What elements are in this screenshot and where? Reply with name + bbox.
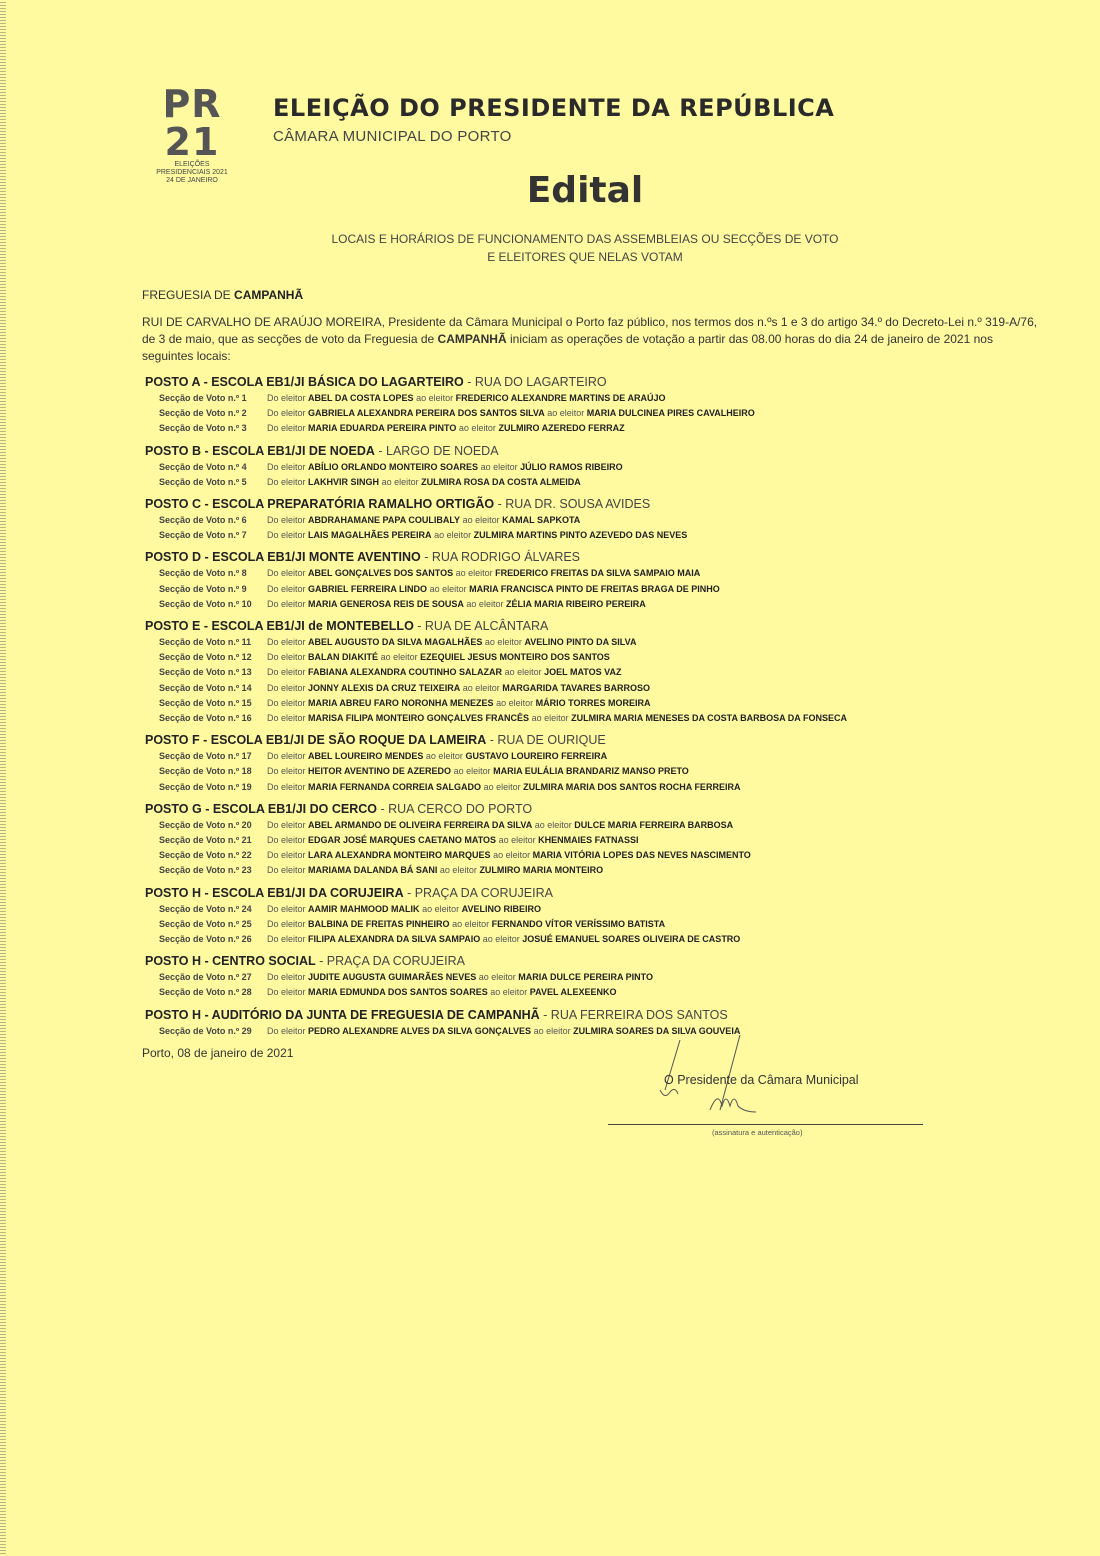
posto-address: - RUA DO LAGARTEIRO xyxy=(464,375,607,389)
to-label: ao eleitor xyxy=(382,477,419,487)
posto-name: POSTO H - CENTRO SOCIAL xyxy=(145,954,316,968)
from-label: Do eleitor xyxy=(267,530,306,540)
from-voter: JUDITE AUGUSTA GUIMARÃES NEVES xyxy=(308,972,476,982)
from-label: Do eleitor xyxy=(267,782,306,792)
seccao-row: Secção de Voto n.º 10Do eleitor MARIA GE… xyxy=(145,597,1045,612)
to-label: ao eleitor xyxy=(463,515,500,525)
from-label: Do eleitor xyxy=(267,919,306,929)
from-voter: ABDRAHAMANE PAPA COULIBALY xyxy=(308,515,460,525)
seccao-row: Secção de Voto n.º 4Do eleitor ABÍLIO OR… xyxy=(145,460,1045,475)
seccao-row: Secção de Voto n.º 17Do eleitor ABEL LOU… xyxy=(145,749,1045,764)
to-label: ao eleitor xyxy=(440,865,477,875)
to-voter: AVELINO PINTO DA SILVA xyxy=(524,637,636,647)
from-voter: ABEL GONÇALVES DOS SANTOS xyxy=(308,568,453,578)
seccao-label: Secção de Voto n.º 7 xyxy=(159,528,267,543)
seccao-row: Secção de Voto n.º 11Do eleitor ABEL AUG… xyxy=(145,635,1045,650)
to-voter: FERNANDO VÍTOR VERÍSSIMO BATISTA xyxy=(492,919,666,929)
seccao-label: Secção de Voto n.º 9 xyxy=(159,582,267,597)
from-label: Do eleitor xyxy=(267,393,306,403)
from-voter: BALAN DIAKITÉ xyxy=(308,652,378,662)
posto-block: POSTO E - ESCOLA EB1/JI de MONTEBELLO - … xyxy=(145,618,1045,726)
to-label: ao eleitor xyxy=(505,667,542,677)
to-voter: PAVEL ALEXEENKO xyxy=(530,987,617,997)
seccao-row: Secção de Voto n.º 1Do eleitor ABEL DA C… xyxy=(145,391,1045,406)
to-label: ao eleitor xyxy=(381,652,418,662)
seccao-label: Secção de Voto n.º 26 xyxy=(159,932,267,947)
freguesia-label: FREGUESIA DE CAMPANHÃ xyxy=(142,288,303,302)
seccao-row: Secção de Voto n.º 21Do eleitor EDGAR JO… xyxy=(145,833,1045,848)
seccao-row: Secção de Voto n.º 14Do eleitor JONNY AL… xyxy=(145,681,1045,696)
seccao-label: Secção de Voto n.º 19 xyxy=(159,780,267,795)
signatory-title: O Presidente da Câmara Municipal xyxy=(664,1073,859,1087)
posto-address: - PRAÇA DA CORUJEIRA xyxy=(316,954,465,968)
from-label: Do eleitor xyxy=(267,766,306,776)
signature-line xyxy=(608,1124,923,1125)
to-label: ao eleitor xyxy=(481,462,518,472)
seccao-row: Secção de Voto n.º 22Do eleitor LARA ALE… xyxy=(145,848,1045,863)
to-label: ao eleitor xyxy=(496,698,533,708)
from-voter: ABEL LOUREIRO MENDES xyxy=(308,751,423,761)
from-voter: ABEL AUGUSTO DA SILVA MAGALHÃES xyxy=(308,637,482,647)
from-label: Do eleitor xyxy=(267,835,306,845)
from-voter: GABRIELA ALEXANDRA PEREIRA DOS SANTOS SI… xyxy=(308,408,545,418)
to-voter: ZULMIRA MARIA DOS SANTOS ROCHA FERREIRA xyxy=(523,782,740,792)
posto-address: - LARGO DE NOEDA xyxy=(375,444,499,458)
from-label: Do eleitor xyxy=(267,599,306,609)
seccao-row: Secção de Voto n.º 9Do eleitor GABRIEL F… xyxy=(145,582,1045,597)
from-label: Do eleitor xyxy=(267,462,306,472)
freguesia-prefix: FREGUESIA DE xyxy=(142,288,234,302)
posto-name: POSTO B - ESCOLA EB1/JI DE NOEDA xyxy=(145,444,375,458)
posto-block: POSTO H - CENTRO SOCIAL - PRAÇA DA CORUJ… xyxy=(145,953,1045,1000)
posto-block: POSTO F - ESCOLA EB1/JI DE SÃO ROQUE DA … xyxy=(145,732,1045,795)
from-voter: GABRIEL FERREIRA LINDO xyxy=(308,584,427,594)
seccao-label: Secção de Voto n.º 23 xyxy=(159,863,267,878)
to-voter: ZULMIRA MARIA MENESES DA COSTA BARBOSA D… xyxy=(571,713,847,723)
to-label: ao eleitor xyxy=(499,835,536,845)
seccao-row: Secção de Voto n.º 7Do eleitor LAIS MAGA… xyxy=(145,528,1045,543)
to-label: ao eleitor xyxy=(422,904,459,914)
posto-block: POSTO H - ESCOLA EB1/JI DA CORUJEIRA - P… xyxy=(145,885,1045,948)
to-label: ao eleitor xyxy=(459,423,496,433)
seccao-label: Secção de Voto n.º 18 xyxy=(159,764,267,779)
from-label: Do eleitor xyxy=(267,698,306,708)
posto-address: - RUA DE OURIQUE xyxy=(486,733,605,747)
to-voter: JÚLIO RAMOS RIBEIRO xyxy=(520,462,623,472)
seccao-label: Secção de Voto n.º 1 xyxy=(159,391,267,406)
seccao-row: Secção de Voto n.º 28Do eleitor MARIA ED… xyxy=(145,985,1045,1000)
to-voter: ZULMIRO AZEREDO FERRAZ xyxy=(498,423,624,433)
postos-list: POSTO A - ESCOLA EB1/JI BÁSICA DO LAGART… xyxy=(145,374,1045,1045)
seccao-row: Secção de Voto n.º 24Do eleitor AAMIR MA… xyxy=(145,902,1045,917)
to-label: ao eleitor xyxy=(466,599,503,609)
posto-title: POSTO H - ESCOLA EB1/JI DA CORUJEIRA - P… xyxy=(145,885,1045,902)
from-label: Do eleitor xyxy=(267,987,306,997)
posto-name: POSTO D - ESCOLA EB1/JI MONTE AVENTINO xyxy=(145,550,421,564)
from-voter: MARIA GENEROSA REIS DE SOUSA xyxy=(308,599,464,609)
seccao-label: Secção de Voto n.º 5 xyxy=(159,475,267,490)
posto-block: POSTO C - ESCOLA PREPARATÓRIA RAMALHO OR… xyxy=(145,496,1045,543)
posto-address: - RUA DE ALCÂNTARA xyxy=(414,619,549,633)
to-voter: ZÉLIA MARIA RIBEIRO PEREIRA xyxy=(506,599,646,609)
seccao-label: Secção de Voto n.º 22 xyxy=(159,848,267,863)
from-label: Do eleitor xyxy=(267,904,306,914)
from-label: Do eleitor xyxy=(267,820,306,830)
seccao-label: Secção de Voto n.º 15 xyxy=(159,696,267,711)
posto-title: POSTO G - ESCOLA EB1/JI DO CERCO - RUA C… xyxy=(145,801,1045,818)
seccao-label: Secção de Voto n.º 24 xyxy=(159,902,267,917)
page-title: Edital xyxy=(0,170,1100,211)
posto-title: POSTO A - ESCOLA EB1/JI BÁSICA DO LAGART… xyxy=(145,374,1045,391)
from-label: Do eleitor xyxy=(267,408,306,418)
to-voter: JOSUÉ EMANUEL SOARES OLIVEIRA DE CASTRO xyxy=(522,934,740,944)
intro-paragraph: RUI DE CARVALHO DE ARAÚJO MOREIRA, Presi… xyxy=(142,314,1042,365)
posto-block: POSTO G - ESCOLA EB1/JI DO CERCO - RUA C… xyxy=(145,801,1045,879)
posto-name: POSTO C - ESCOLA PREPARATÓRIA RAMALHO OR… xyxy=(145,497,494,511)
seccao-label: Secção de Voto n.º 10 xyxy=(159,597,267,612)
document-date: Porto, 08 de janeiro de 2021 xyxy=(142,1046,293,1060)
document-header-subtitle: CÂMARA MUNICIPAL DO PORTO xyxy=(273,128,512,145)
to-voter: DULCE MARIA FERREIRA BARBOSA xyxy=(574,820,733,830)
to-label: ao eleitor xyxy=(485,637,522,647)
logo-text: PR 21 xyxy=(137,85,247,161)
from-voter: JONNY ALEXIS DA CRUZ TEIXEIRA xyxy=(308,683,460,693)
to-label: ao eleitor xyxy=(493,850,530,860)
seccao-row: Secção de Voto n.º 2Do eleitor GABRIELA … xyxy=(145,406,1045,421)
posto-address: - RUA RODRIGO ÁLVARES xyxy=(421,550,580,564)
to-voter: MÁRIO TORRES MOREIRA xyxy=(536,698,651,708)
posto-address: - RUA FERREIRA DOS SANTOS xyxy=(540,1008,728,1022)
from-voter: ABÍLIO ORLANDO MONTEIRO SOARES xyxy=(308,462,478,472)
seccao-row: Secção de Voto n.º 29Do eleitor PEDRO AL… xyxy=(145,1024,1045,1039)
to-voter: EZEQUIEL JESUS MONTEIRO DOS SANTOS xyxy=(420,652,610,662)
from-voter: AAMIR MAHMOOD MALIK xyxy=(308,904,420,914)
seccao-label: Secção de Voto n.º 25 xyxy=(159,917,267,932)
from-label: Do eleitor xyxy=(267,683,306,693)
seccao-label: Secção de Voto n.º 11 xyxy=(159,635,267,650)
posto-name: POSTO E - ESCOLA EB1/JI de MONTEBELLO xyxy=(145,619,414,633)
from-voter: MARIA ABREU FARO NORONHA MENEZES xyxy=(308,698,494,708)
to-label: ao eleitor xyxy=(484,782,521,792)
posto-title: POSTO D - ESCOLA EB1/JI MONTE AVENTINO -… xyxy=(145,549,1045,566)
posto-block: POSTO D - ESCOLA EB1/JI MONTE AVENTINO -… xyxy=(145,549,1045,612)
signature-caption: (assinatura e autenticação) xyxy=(712,1128,802,1137)
posto-name: POSTO F - ESCOLA EB1/JI DE SÃO ROQUE DA … xyxy=(145,733,486,747)
to-voter: KAMAL SAPKOTA xyxy=(502,515,580,525)
from-label: Do eleitor xyxy=(267,850,306,860)
from-voter: MARIAMA DALANDA BÁ SANI xyxy=(308,865,437,875)
seccao-label: Secção de Voto n.º 6 xyxy=(159,513,267,528)
from-voter: MARISA FILIPA MONTEIRO GONÇALVES FRANCÊS xyxy=(308,713,529,723)
seccao-label: Secção de Voto n.º 17 xyxy=(159,749,267,764)
to-voter: GUSTAVO LOUREIRO FERREIRA xyxy=(465,751,607,761)
seccao-label: Secção de Voto n.º 13 xyxy=(159,665,267,680)
posto-address: - RUA DR. SOUSA AVIDES xyxy=(494,497,650,511)
seccao-row: Secção de Voto n.º 8Do eleitor ABEL GONÇ… xyxy=(145,566,1045,581)
seccao-label: Secção de Voto n.º 3 xyxy=(159,421,267,436)
document-header-title: ELEIÇÃO DO PRESIDENTE DA REPÚBLICA xyxy=(273,94,834,122)
to-voter: ZULMIRO MARIA MONTEIRO xyxy=(479,865,603,875)
seccao-row: Secção de Voto n.º 23Do eleitor MARIAMA … xyxy=(145,863,1045,878)
from-label: Do eleitor xyxy=(267,423,306,433)
from-label: Do eleitor xyxy=(267,584,306,594)
from-label: Do eleitor xyxy=(267,637,306,647)
heading-line1: LOCAIS E HORÁRIOS DE FUNCIONAMENTO DAS A… xyxy=(0,230,1100,248)
posto-address: - PRAÇA DA CORUJEIRA xyxy=(404,886,553,900)
posto-title: POSTO C - ESCOLA PREPARATÓRIA RAMALHO OR… xyxy=(145,496,1045,513)
seccao-row: Secção de Voto n.º 15Do eleitor MARIA AB… xyxy=(145,696,1045,711)
to-label: ao eleitor xyxy=(532,713,569,723)
intro-bold: CAMPANHÃ xyxy=(438,332,507,346)
from-voter: MARIA FERNANDA CORREIA SALGADO xyxy=(308,782,481,792)
to-voter: MARIA DULCE PEREIRA PINTO xyxy=(518,972,653,982)
posto-block: POSTO A - ESCOLA EB1/JI BÁSICA DO LAGART… xyxy=(145,374,1045,437)
to-label: ao eleitor xyxy=(483,934,520,944)
from-label: Do eleitor xyxy=(267,865,306,875)
to-label: ao eleitor xyxy=(416,393,453,403)
posto-name: POSTO H - AUDITÓRIO DA JUNTA DE FREGUESI… xyxy=(145,1008,540,1022)
to-label: ao eleitor xyxy=(490,987,527,997)
to-label: ao eleitor xyxy=(547,408,584,418)
posto-title: POSTO F - ESCOLA EB1/JI DE SÃO ROQUE DA … xyxy=(145,732,1045,749)
seccao-row: Secção de Voto n.º 25Do eleitor BALBINA … xyxy=(145,917,1045,932)
from-voter: LAKHVIR SINGH xyxy=(308,477,379,487)
from-voter: HEITOR AVENTINO DE AZEREDO xyxy=(308,766,451,776)
to-label: ao eleitor xyxy=(454,766,491,776)
seccao-label: Secção de Voto n.º 21 xyxy=(159,833,267,848)
to-voter: AVELINO RIBEIRO xyxy=(462,904,541,914)
to-label: ao eleitor xyxy=(434,530,471,540)
freguesia-name: CAMPANHÃ xyxy=(234,288,303,302)
to-voter: ZULMIRA MARTINS PINTO AZEVEDO DAS NEVES xyxy=(474,530,688,540)
to-voter: MARIA EULÁLIA BRANDARIZ MANSO PRETO xyxy=(493,766,689,776)
to-label: ao eleitor xyxy=(534,1026,571,1036)
seccao-label: Secção de Voto n.º 12 xyxy=(159,650,267,665)
posto-title: POSTO E - ESCOLA EB1/JI de MONTEBELLO - … xyxy=(145,618,1045,635)
seccao-row: Secção de Voto n.º 5Do eleitor LAKHVIR S… xyxy=(145,475,1045,490)
to-label: ao eleitor xyxy=(535,820,572,830)
from-voter: ABEL ARMANDO DE OLIVEIRA FERREIRA DA SIL… xyxy=(308,820,532,830)
document-heading: LOCAIS E HORÁRIOS DE FUNCIONAMENTO DAS A… xyxy=(0,230,1100,266)
seccao-row: Secção de Voto n.º 6Do eleitor ABDRAHAMA… xyxy=(145,513,1045,528)
from-voter: BALBINA DE FREITAS PINHEIRO xyxy=(308,919,450,929)
seccao-label: Secção de Voto n.º 14 xyxy=(159,681,267,696)
posto-title: POSTO H - CENTRO SOCIAL - PRAÇA DA CORUJ… xyxy=(145,953,1045,970)
posto-name: POSTO H - ESCOLA EB1/JI DA CORUJEIRA xyxy=(145,886,404,900)
seccao-label: Secção de Voto n.º 28 xyxy=(159,985,267,1000)
to-label: ao eleitor xyxy=(456,568,493,578)
from-voter: FABIANA ALEXANDRA COUTINHO SALAZAR xyxy=(308,667,502,677)
seccao-row: Secção de Voto n.º 20Do eleitor ABEL ARM… xyxy=(145,818,1045,833)
seccao-label: Secção de Voto n.º 16 xyxy=(159,711,267,726)
to-voter: FREDERICO ALEXANDRE MARTINS DE ARAÚJO xyxy=(456,393,666,403)
to-label: ao eleitor xyxy=(479,972,516,982)
posto-address: - RUA CERCO DO PORTO xyxy=(377,802,532,816)
from-voter: MARIA EDUARDA PEREIRA PINTO xyxy=(308,423,456,433)
from-voter: EDGAR JOSÉ MARQUES CAETANO MATOS xyxy=(308,835,496,845)
seccao-row: Secção de Voto n.º 3Do eleitor MARIA EDU… xyxy=(145,421,1045,436)
seccao-row: Secção de Voto n.º 13Do eleitor FABIANA … xyxy=(145,665,1045,680)
from-label: Do eleitor xyxy=(267,751,306,761)
seccao-row: Secção de Voto n.º 19Do eleitor MARIA FE… xyxy=(145,780,1045,795)
seccao-label: Secção de Voto n.º 20 xyxy=(159,818,267,833)
posto-title: POSTO B - ESCOLA EB1/JI DE NOEDA - LARGO… xyxy=(145,443,1045,460)
logo-line1: ELEIÇÕES xyxy=(137,161,247,169)
from-label: Do eleitor xyxy=(267,477,306,487)
from-label: Do eleitor xyxy=(267,652,306,662)
posto-block: POSTO H - AUDITÓRIO DA JUNTA DE FREGUESI… xyxy=(145,1007,1045,1039)
from-label: Do eleitor xyxy=(267,667,306,677)
from-voter: MARIA EDMUNDA DOS SANTOS SOARES xyxy=(308,987,488,997)
from-label: Do eleitor xyxy=(267,515,306,525)
posto-block: POSTO B - ESCOLA EB1/JI DE NOEDA - LARGO… xyxy=(145,443,1045,490)
to-voter: FREDERICO FREITAS DA SILVA SAMPAIO MAIA xyxy=(495,568,700,578)
from-voter: ABEL DA COSTA LOPES xyxy=(308,393,414,403)
seccao-label: Secção de Voto n.º 8 xyxy=(159,566,267,581)
seccao-row: Secção de Voto n.º 26Do eleitor FILIPA A… xyxy=(145,932,1045,947)
seccao-row: Secção de Voto n.º 18Do eleitor HEITOR A… xyxy=(145,764,1045,779)
to-label: ao eleitor xyxy=(463,683,500,693)
from-voter: LARA ALEXANDRA MONTEIRO MARQUES xyxy=(308,850,491,860)
to-label: ao eleitor xyxy=(452,919,489,929)
from-label: Do eleitor xyxy=(267,713,306,723)
seccao-label: Secção de Voto n.º 2 xyxy=(159,406,267,421)
posto-name: POSTO A - ESCOLA EB1/JI BÁSICA DO LAGART… xyxy=(145,375,464,389)
posto-name: POSTO G - ESCOLA EB1/JI DO CERCO xyxy=(145,802,377,816)
to-voter: MARGARIDA TAVARES BARROSO xyxy=(502,683,650,693)
from-voter: PEDRO ALEXANDRE ALVES DA SILVA GONÇALVES xyxy=(308,1026,531,1036)
to-voter: MARIA DULCINEA PIRES CAVALHEIRO xyxy=(587,408,755,418)
to-voter: ZULMIRA ROSA DA COSTA ALMEIDA xyxy=(421,477,581,487)
seccao-label: Secção de Voto n.º 4 xyxy=(159,460,267,475)
heading-line2: E ELEITORES QUE NELAS VOTAM xyxy=(0,248,1100,266)
to-voter: KHENMAIES FATNASSI xyxy=(538,835,638,845)
seccao-label: Secção de Voto n.º 29 xyxy=(159,1024,267,1039)
to-voter: MARIA VITÓRIA LOPES DAS NEVES NASCIMENTO xyxy=(533,850,751,860)
seccao-label: Secção de Voto n.º 27 xyxy=(159,970,267,985)
from-label: Do eleitor xyxy=(267,568,306,578)
seccao-row: Secção de Voto n.º 27Do eleitor JUDITE A… xyxy=(145,970,1045,985)
posto-title: POSTO H - AUDITÓRIO DA JUNTA DE FREGUESI… xyxy=(145,1007,1045,1024)
to-label: ao eleitor xyxy=(426,751,463,761)
seccao-row: Secção de Voto n.º 12Do eleitor BALAN DI… xyxy=(145,650,1045,665)
from-voter: FILIPA ALEXANDRA DA SILVA SAMPAIO xyxy=(308,934,480,944)
from-label: Do eleitor xyxy=(267,934,306,944)
from-voter: LAIS MAGALHÃES PEREIRA xyxy=(308,530,432,540)
to-label: ao eleitor xyxy=(430,584,467,594)
from-label: Do eleitor xyxy=(267,1026,306,1036)
to-voter: JOEL MATOS VAZ xyxy=(544,667,621,677)
seccao-row: Secção de Voto n.º 16Do eleitor MARISA F… xyxy=(145,711,1045,726)
to-voter: MARIA FRANCISCA PINTO DE FREITAS BRAGA D… xyxy=(469,584,720,594)
from-label: Do eleitor xyxy=(267,972,306,982)
